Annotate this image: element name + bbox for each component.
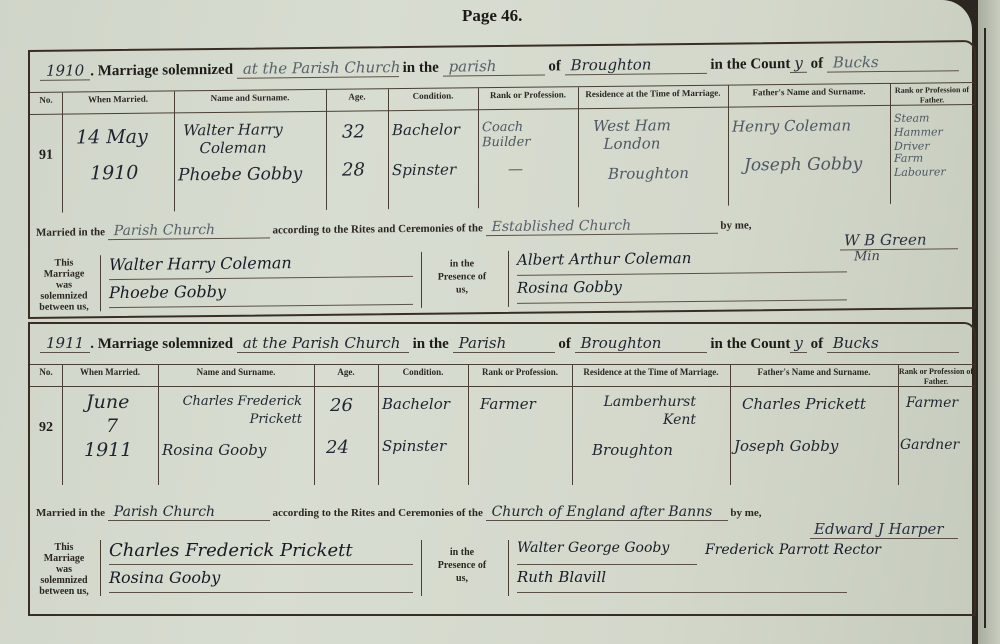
col-father-rank: Rank or Profession of Father. Steam Hamm…	[890, 83, 974, 204]
groom-name: Charles Frederick Prickett	[162, 393, 302, 429]
witness-2: Ruth Blavill	[517, 568, 847, 593]
witness-signatures: Albert Arthur Coleman Rosina Gobby Min	[508, 246, 949, 307]
marriage-entry-92: 1911. Marriage solemnized at the Parish …	[28, 322, 976, 616]
bride-signature: Phoebe Gobby	[109, 280, 413, 308]
col-when: When Married. 14 May 1910	[62, 91, 175, 212]
witness-1: Albert Arthur Coleman	[517, 247, 847, 275]
married-in-place: Parish Church	[108, 221, 270, 240]
entry-header: 1910. Marriage solemnized at the Parish …	[40, 52, 964, 88]
groom-signature: Walter Harry Coleman	[109, 252, 413, 280]
married-in-line: Married in the Parish Church according t…	[36, 504, 964, 521]
couple-signatures: Charles Frederick Prickett Rosina Gooby	[100, 540, 422, 596]
col-rank: Rank or Profession. Coach Builder —	[478, 87, 579, 208]
groom-signature: Charles Frederick Prickett	[109, 540, 413, 565]
married-in-place: Parish Church	[108, 504, 270, 521]
couple-signatures: Walter Harry Coleman Phoebe Gobby	[100, 252, 422, 311]
col-residence: Residence at the Time of Marriage. West …	[578, 86, 729, 208]
bride-signature: Rosina Gooby	[109, 568, 413, 593]
rites: Established Church	[486, 217, 718, 236]
witness-signatures: Walter George Gooby Frederick Parrott Re…	[508, 540, 949, 596]
date-line1: 14 May	[76, 125, 170, 148]
district-type: parish	[443, 57, 545, 77]
officiant-title: Min	[854, 249, 880, 264]
in-the-label: in the	[403, 60, 439, 76]
signatures-block: This Marriage was solemnized between us,…	[36, 246, 964, 316]
entry-table: No. 91 When Married. 14 May 1910 Name an…	[30, 82, 974, 213]
officiant-signature: Edward J Harper	[810, 520, 958, 539]
county-name: Bucks	[827, 334, 959, 353]
groom-name: Walter Harry Coleman	[178, 120, 288, 157]
col-age: Age. 32 28	[326, 89, 389, 210]
entry-number: 92	[30, 420, 62, 436]
county-of-label: of	[811, 56, 824, 72]
entry-year: 1911	[40, 334, 90, 353]
married-in-line: Married in the Parish Church according t…	[36, 214, 964, 241]
page-title: Page 46.	[462, 6, 522, 26]
witness-1: Walter George Gooby	[517, 540, 697, 565]
solemnized-place: at the Parish Church	[237, 334, 409, 353]
county-name: Bucks	[827, 52, 959, 72]
signatures-block: This Marriage was solemnized between us,…	[36, 540, 964, 600]
facing-page	[978, 0, 1000, 644]
entry-number: 91	[30, 148, 62, 164]
marriage-entry-91: 1910. Marriage solemnized at the Parish …	[28, 40, 976, 319]
solemnized-label: Marriage solemnized	[98, 62, 233, 79]
district-name: Broughton	[575, 334, 707, 353]
col-father: Father's Name and Surname. Henry Coleman…	[728, 84, 891, 206]
bride-name: Phoebe Gobby	[178, 164, 322, 186]
rites: Church of England after Banns	[486, 504, 728, 521]
col-name: Name and Surname. Walter Harry Coleman P…	[174, 90, 327, 212]
district-name: Broughton	[565, 55, 707, 75]
register-page: Page 46. 1910. Marriage solemnized at th…	[0, 0, 972, 644]
solemnized-place: at the Parish Church	[237, 58, 399, 79]
witness-3: Frederick Parrott Rector	[705, 542, 881, 558]
col-condition: Condition. Bachelor Spinster	[388, 88, 479, 209]
entry-year: 1910	[40, 61, 90, 81]
date-line2: 1910	[90, 161, 170, 184]
county-suffix: y	[790, 54, 806, 73]
entry-header: 1911. Marriage solemnized at the Parish …	[40, 334, 964, 360]
witness-2: Rosina Gobby	[517, 275, 847, 303]
county-label: in the Count	[710, 56, 790, 73]
bride-name: Rosina Gooby	[162, 441, 310, 459]
entry-table: No. 92 When Married. June 7 1911 Name an…	[30, 364, 974, 485]
of-label: of	[548, 58, 561, 74]
district-type: Parish	[453, 334, 555, 353]
col-no: No. 91	[30, 93, 63, 213]
